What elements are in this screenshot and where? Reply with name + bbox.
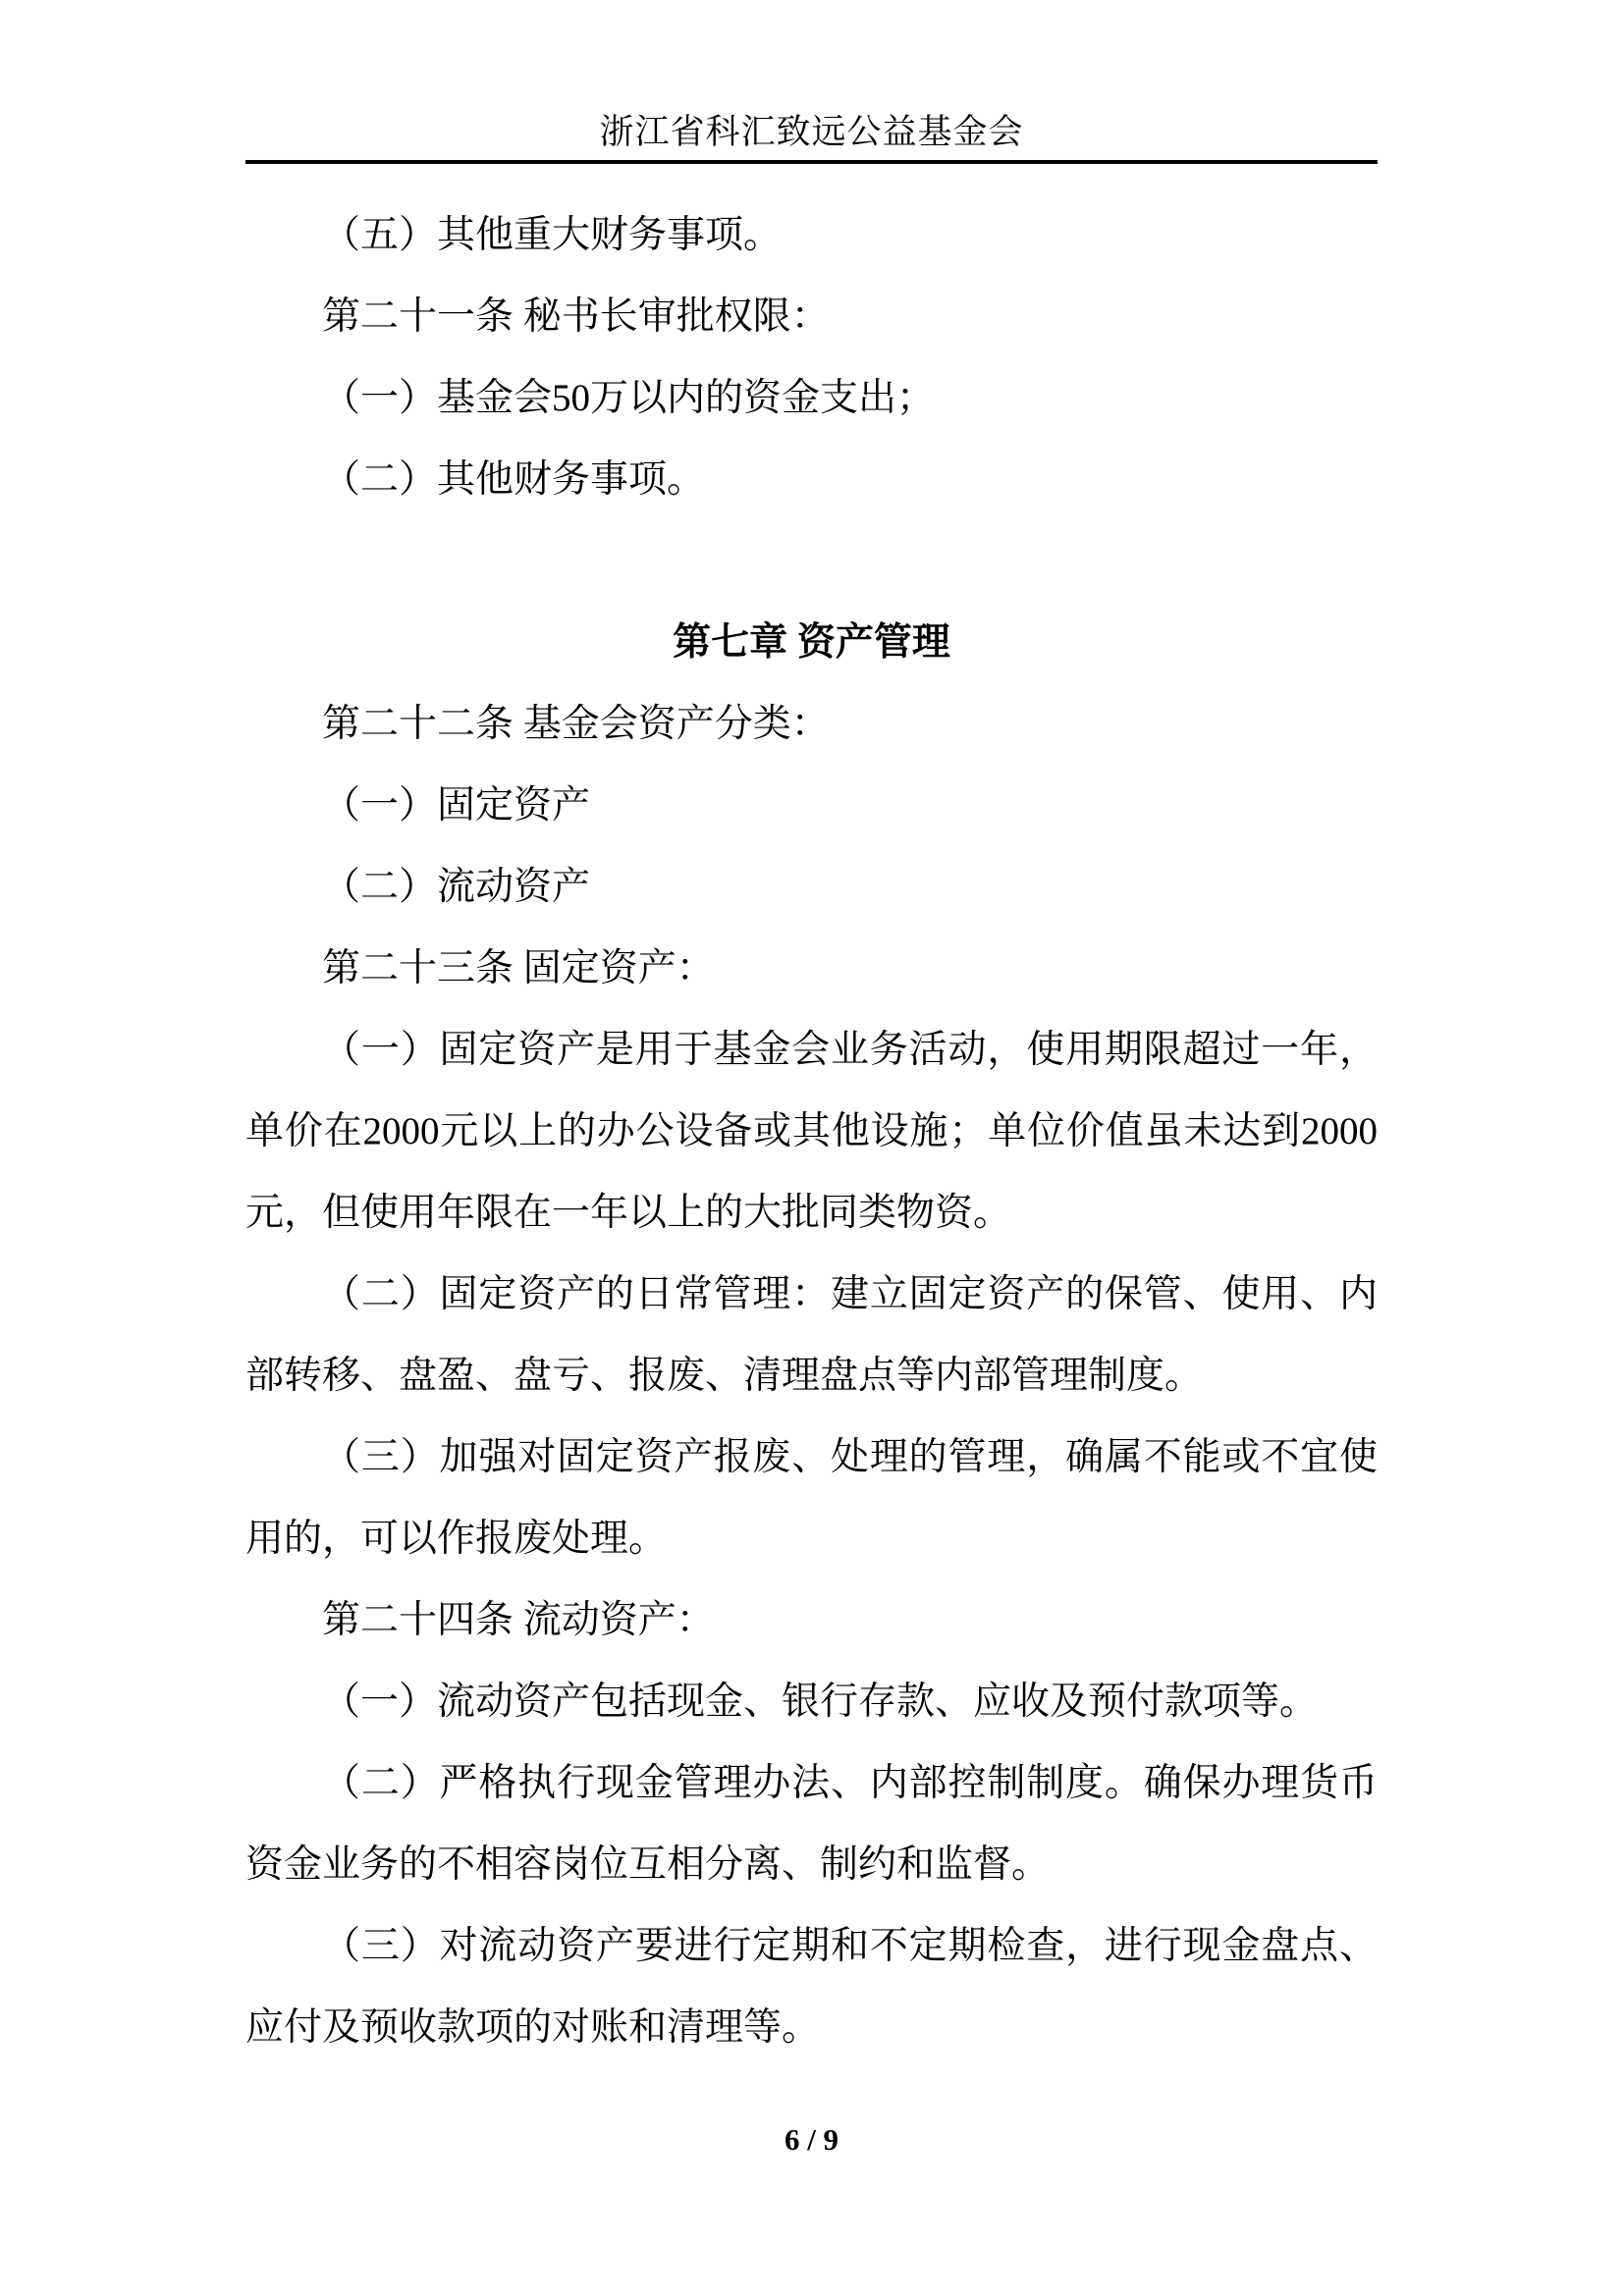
- body-paragraph: （二）固定资产的日常管理：建立固定资产的保管、使用、内部转移、盘盈、盘亏、报废、…: [245, 1254, 1378, 1416]
- body-paragraph: （一）固定资产是用于基金会业务活动，使用期限超过一年，单价在2000元以上的办公…: [245, 1009, 1378, 1254]
- document-body: （五）其他重大财务事项。第二十一条 秘书长审批权限：（一）基金会50万以内的资金…: [245, 194, 1378, 2068]
- body-paragraph: （五）其他重大财务事项。: [245, 194, 1378, 276]
- body-paragraph: （二）流动资产: [245, 846, 1378, 928]
- chapter-heading: 第七章 资产管理: [245, 602, 1378, 683]
- body-paragraph: （一）流动资产包括现金、银行存款、应收及预付款项等。: [245, 1661, 1378, 1742]
- body-paragraph: （二）严格执行现金管理办法、内部控制制度。确保办理货币资金业务的不相容岗位互相分…: [245, 1742, 1378, 1905]
- page-number: 6 / 9: [784, 2122, 839, 2157]
- header-title: 浙江省科汇致远公益基金会: [245, 114, 1378, 151]
- body-paragraph: 第二十三条 固定资产：: [245, 928, 1378, 1009]
- document-footer: 6 / 9: [0, 2120, 1623, 2160]
- document-header: 浙江省科汇致远公益基金会: [245, 0, 1378, 164]
- body-paragraph: 第二十一条 秘书长审批权限：: [245, 276, 1378, 357]
- body-paragraph: （三）对流动资产要进行定期和不定期检查，进行现金盘点、应付及预收款项的对账和清理…: [245, 1905, 1378, 2068]
- document-page: 浙江省科汇致远公益基金会 （五）其他重大财务事项。第二十一条 秘书长审批权限：（…: [0, 0, 1623, 2296]
- body-paragraph: （三）加强对固定资产报废、处理的管理，确属不能或不宜使用的，可以作报废处理。: [245, 1416, 1378, 1579]
- body-paragraph: （一）基金会50万以内的资金支出；: [245, 357, 1378, 439]
- body-paragraph: 第二十二条 基金会资产分类：: [245, 683, 1378, 765]
- blank-line: [245, 520, 1378, 602]
- body-paragraph: 第二十四条 流动资产：: [245, 1579, 1378, 1661]
- body-paragraph: （二）其他财务事项。: [245, 439, 1378, 520]
- body-paragraph: （一）固定资产: [245, 765, 1378, 846]
